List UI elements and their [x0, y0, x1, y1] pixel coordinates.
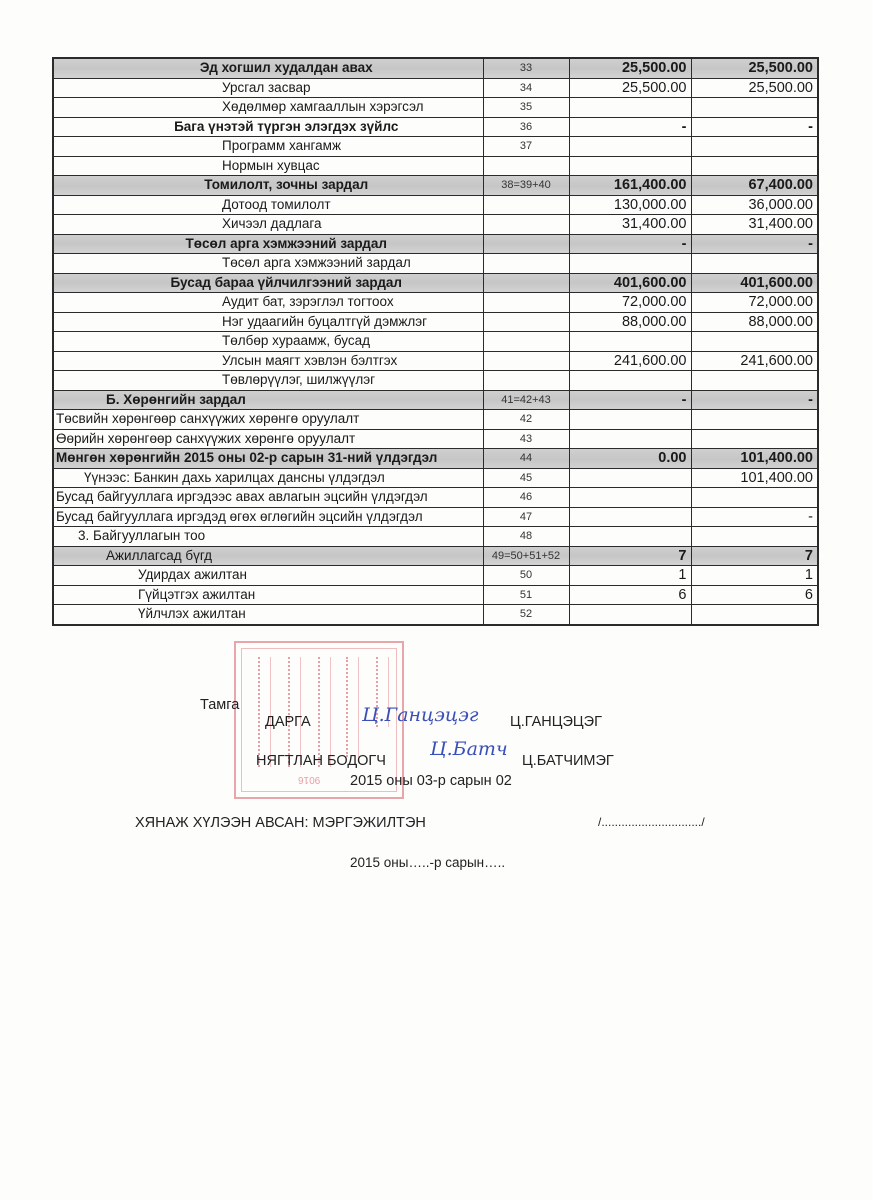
row-value-period-2: 101,400.00: [691, 468, 818, 488]
row-value-period-2: 67,400.00: [691, 176, 818, 196]
row-value-period-1: [569, 332, 691, 352]
row-label: Улсын маягт хэвлэн бэлтгэх: [53, 351, 483, 371]
row-code: 34: [483, 78, 569, 98]
row-value-period-1: [569, 429, 691, 449]
row-label: Төсөл арга хэмжээний зардал: [53, 234, 483, 254]
row-value-period-1: 0.00: [569, 449, 691, 469]
row-code: [483, 215, 569, 235]
row-label: Программ хангамж: [53, 137, 483, 157]
row-code: 37: [483, 137, 569, 157]
accountant-title: НЯГТЛАН БОДОГЧ: [256, 753, 386, 769]
row-label: 3. Байгууллагын тоо: [53, 527, 483, 547]
table-row: Төсөл арга хэмжээний зардал - -: [53, 234, 818, 254]
row-label: Төвлөрүүлэг, шилжүүлэг: [53, 371, 483, 391]
row-value-period-1: [569, 605, 691, 625]
director-signature: Ц.Ганцэцэг: [362, 704, 478, 726]
row-value-period-1: 241,600.00: [569, 351, 691, 371]
row-label: Нормын хувцас: [53, 156, 483, 176]
row-code: 48: [483, 527, 569, 547]
row-value-period-2: 7: [691, 546, 818, 566]
table-row: Гүйцэтгэх ажилтан 51 6 6: [53, 585, 818, 605]
row-value-period-1: 401,600.00: [569, 273, 691, 293]
row-code: 43: [483, 429, 569, 449]
row-value-period-1: [569, 371, 691, 391]
row-label: Дотоод томилолт: [53, 195, 483, 215]
row-code: 38=39+40: [483, 176, 569, 196]
row-value-period-2: [691, 332, 818, 352]
row-code: [483, 156, 569, 176]
row-value-period-2: [691, 605, 818, 625]
row-value-period-1: -: [569, 234, 691, 254]
table-row: Мөнгөн хөрөнгийн 2015 оны 02-р сарын 31-…: [53, 449, 818, 469]
row-code: [483, 195, 569, 215]
row-value-period-2: 6: [691, 585, 818, 605]
row-label: Бусад байгууллага иргэдээс авах авлагын …: [53, 488, 483, 508]
row-label: Төсөл арга хэмжээний зардал: [53, 254, 483, 274]
row-value-period-2: [691, 410, 818, 430]
row-value-period-2: 401,600.00: [691, 273, 818, 293]
row-value-period-1: [569, 410, 691, 430]
financial-report-table: Эд хогшил худалдан авах 33 25,500.00 25,…: [52, 57, 819, 626]
table-row: Үйлчлэх ажилтан 52: [53, 605, 818, 625]
row-value-period-2: [691, 137, 818, 157]
row-label: Аудит бат, зэрэглэл тогтоох: [53, 293, 483, 313]
director-name: Ц.ГАНЦЭЦЭГ: [510, 714, 602, 730]
row-value-period-1: [569, 254, 691, 274]
table-row: Б. Хөрөнгийн зардал 41=42+43 - -: [53, 390, 818, 410]
row-label: Төлбөр хураамж, бусад: [53, 332, 483, 352]
review-label: ХЯНАЖ ХҮЛЭЭН АВСАН: МЭРГЭЖИЛТЭН: [135, 815, 426, 831]
row-value-period-1: [569, 507, 691, 527]
row-label: Хичээл дадлага: [53, 215, 483, 235]
table-row: Төсвийн хөрөнгөөр санхүүжих хөрөнгө оруу…: [53, 410, 818, 430]
row-value-period-2: 72,000.00: [691, 293, 818, 313]
row-value-period-1: -: [569, 117, 691, 137]
table-row: Урсгал засвар 34 25,500.00 25,500.00: [53, 78, 818, 98]
row-code: 44: [483, 449, 569, 469]
row-value-period-2: 241,600.00: [691, 351, 818, 371]
row-label: Бага үнэтэй түргэн элэгдэх зүйлс: [53, 117, 483, 137]
table-row: Улсын маягт хэвлэн бэлтгэх 241,600.00 24…: [53, 351, 818, 371]
table-row: Эд хогшил худалдан авах 33 25,500.00 25,…: [53, 58, 818, 78]
table-row: Хөдөлмөр хамгааллын хэрэгсэл 35: [53, 98, 818, 118]
table-row: Нэг удаагийн буцалтгүй дэмжлэг 88,000.00…: [53, 312, 818, 332]
table-row: Нормын хувцас: [53, 156, 818, 176]
stamp-number: 9016: [298, 774, 320, 785]
row-code: 33: [483, 58, 569, 78]
row-value-period-1: -: [569, 390, 691, 410]
row-code: 45: [483, 468, 569, 488]
row-code: 50: [483, 566, 569, 586]
row-value-period-2: [691, 488, 818, 508]
director-title: ДАРГА: [265, 714, 311, 730]
row-code: 36: [483, 117, 569, 137]
row-value-period-1: [569, 527, 691, 547]
row-value-period-2: 101,400.00: [691, 449, 818, 469]
row-value-period-2: [691, 527, 818, 547]
table-row: Үүнээс: Банкин дахь харилцах дансны үлдэ…: [53, 468, 818, 488]
row-label: Нэг удаагийн буцалтгүй дэмжлэг: [53, 312, 483, 332]
row-code: [483, 371, 569, 391]
row-value-period-1: 31,400.00: [569, 215, 691, 235]
row-value-period-2: [691, 156, 818, 176]
row-label: Өөрийн хөрөнгөөр санхүүжих хөрөнгө оруул…: [53, 429, 483, 449]
table-row: Дотоод томилолт 130,000.00 36,000.00: [53, 195, 818, 215]
row-value-period-1: 25,500.00: [569, 58, 691, 78]
review-signature-blank: /............................../: [598, 815, 705, 829]
row-value-period-2: [691, 98, 818, 118]
accountant-signature: Ц.Батч: [430, 738, 508, 760]
accountant-name: Ц.БАТЧИМЭГ: [522, 753, 614, 769]
row-code: [483, 273, 569, 293]
row-label: Эд хогшил худалдан авах: [53, 58, 483, 78]
row-code: [483, 351, 569, 371]
row-value-period-1: 72,000.00: [569, 293, 691, 313]
table-row: Төсөл арга хэмжээний зардал: [53, 254, 818, 274]
row-value-period-1: 6: [569, 585, 691, 605]
table-row: Ажиллагсад бүгд 49=50+51+52 7 7: [53, 546, 818, 566]
row-label: Урсгал засвар: [53, 78, 483, 98]
row-code: [483, 293, 569, 313]
table-row: Төлбөр хураамж, бусад: [53, 332, 818, 352]
row-value-period-2: 88,000.00: [691, 312, 818, 332]
stamp-label: Тамга: [200, 697, 239, 713]
row-value-period-2: [691, 371, 818, 391]
row-label: Төсвийн хөрөнгөөр санхүүжих хөрөнгө оруу…: [53, 410, 483, 430]
row-value-period-2: 1: [691, 566, 818, 586]
row-value-period-2: 25,500.00: [691, 58, 818, 78]
row-label: Ажиллагсад бүгд: [53, 546, 483, 566]
row-label: Мөнгөн хөрөнгийн 2015 оны 02-р сарын 31-…: [53, 449, 483, 469]
row-value-period-2: -: [691, 507, 818, 527]
row-label: Бусад бараа үйлчилгээний зардал: [53, 273, 483, 293]
row-value-period-1: [569, 156, 691, 176]
row-code: 51: [483, 585, 569, 605]
row-code: [483, 332, 569, 352]
row-value-period-1: 130,000.00: [569, 195, 691, 215]
row-code: [483, 254, 569, 274]
table-row: Программ хангамж 37: [53, 137, 818, 157]
row-value-period-1: 1: [569, 566, 691, 586]
signing-date: 2015 оны 03-р сарын 02: [350, 773, 512, 789]
table-row: Өөрийн хөрөнгөөр санхүүжих хөрөнгө оруул…: [53, 429, 818, 449]
row-value-period-1: [569, 488, 691, 508]
row-value-period-2: -: [691, 390, 818, 410]
table-row: Томилолт, зочны зардал 38=39+40 161,400.…: [53, 176, 818, 196]
row-value-period-1: 7: [569, 546, 691, 566]
table-row: Бусад байгууллага иргэдээс авах авлагын …: [53, 488, 818, 508]
row-code: 47: [483, 507, 569, 527]
row-code: 41=42+43: [483, 390, 569, 410]
row-value-period-2: 25,500.00: [691, 78, 818, 98]
row-label: Б. Хөрөнгийн зардал: [53, 390, 483, 410]
row-value-period-2: 31,400.00: [691, 215, 818, 235]
table-row: Бусад байгууллага иргэдэд өгөх өглөгийн …: [53, 507, 818, 527]
row-value-period-1: [569, 98, 691, 118]
review-date-blank: 2015 оны…..-р сарын…..: [350, 855, 505, 870]
row-code: 42: [483, 410, 569, 430]
table-row: 3. Байгууллагын тоо 48: [53, 527, 818, 547]
row-label: Үйлчлэх ажилтан: [53, 605, 483, 625]
table-row: Удирдах ажилтан 50 1 1: [53, 566, 818, 586]
row-label: Бусад байгууллага иргэдэд өгөх өглөгийн …: [53, 507, 483, 527]
row-value-period-2: [691, 254, 818, 274]
row-value-period-1: 88,000.00: [569, 312, 691, 332]
row-value-period-1: [569, 468, 691, 488]
row-value-period-1: 161,400.00: [569, 176, 691, 196]
row-code: [483, 234, 569, 254]
row-label: Үүнээс: Банкин дахь харилцах дансны үлдэ…: [53, 468, 483, 488]
row-value-period-2: 36,000.00: [691, 195, 818, 215]
table-row: Бусад бараа үйлчилгээний зардал 401,600.…: [53, 273, 818, 293]
table-row: Хичээл дадлага 31,400.00 31,400.00: [53, 215, 818, 235]
row-value-period-1: 25,500.00: [569, 78, 691, 98]
row-value-period-2: [691, 429, 818, 449]
row-label: Удирдах ажилтан: [53, 566, 483, 586]
row-code: [483, 312, 569, 332]
row-value-period-1: [569, 137, 691, 157]
row-code: 35: [483, 98, 569, 118]
row-label: Хөдөлмөр хамгааллын хэрэгсэл: [53, 98, 483, 118]
row-label: Гүйцэтгэх ажилтан: [53, 585, 483, 605]
table-row: Бага үнэтэй түргэн элэгдэх зүйлс 36 - -: [53, 117, 818, 137]
row-value-period-2: -: [691, 234, 818, 254]
row-label: Томилолт, зочны зардал: [53, 176, 483, 196]
row-value-period-2: -: [691, 117, 818, 137]
row-code: 52: [483, 605, 569, 625]
table-row: Төвлөрүүлэг, шилжүүлэг: [53, 371, 818, 391]
row-code: 49=50+51+52: [483, 546, 569, 566]
row-code: 46: [483, 488, 569, 508]
table-row: Аудит бат, зэрэглэл тогтоох 72,000.00 72…: [53, 293, 818, 313]
